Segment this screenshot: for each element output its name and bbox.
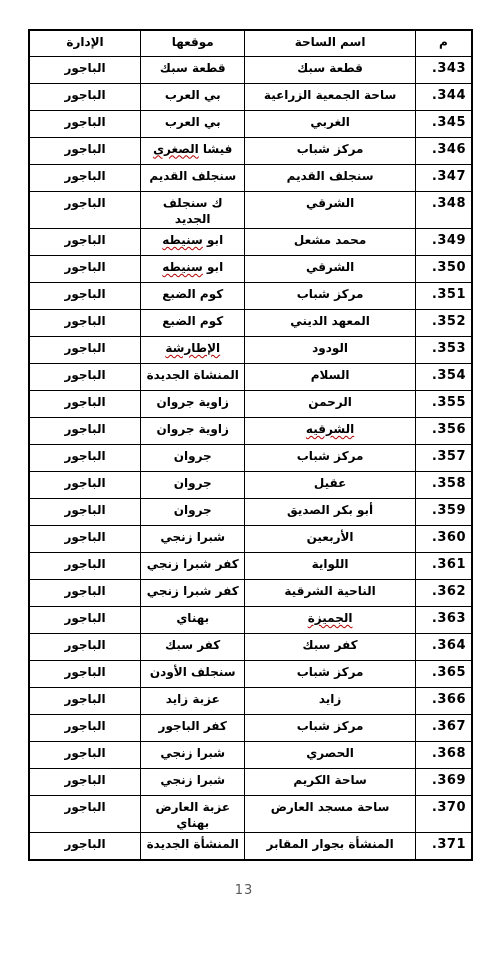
cell-num: .358: [415, 471, 472, 498]
cell-location: كفر شبرا زنجي: [141, 579, 245, 606]
table-row: .367 مركز شباب كفر الباجور الباجور: [29, 714, 472, 741]
table-row: .348 الشرقي ك سنجلف الجديد الباجور: [29, 191, 472, 228]
table-row: .353 الودود الإطارشة الباجور: [29, 336, 472, 363]
cell-num: .344: [415, 83, 472, 110]
cell-administration: الباجور: [29, 768, 141, 795]
header-location: موقعها: [141, 30, 245, 56]
cell-square-name: زايد: [245, 687, 415, 714]
cell-location: كوم الضبع: [141, 309, 245, 336]
cell-administration: الباجور: [29, 471, 141, 498]
table-row: .359 أبو بكر الصديق جروان الباجور: [29, 498, 472, 525]
cell-administration: الباجور: [29, 714, 141, 741]
misspelled-word: الصغرى: [153, 142, 199, 156]
cell-administration: الباجور: [29, 833, 141, 860]
cell-square-name: اللواية: [245, 552, 415, 579]
cell-num: .362: [415, 579, 472, 606]
cell-square-name: الغربي: [245, 110, 415, 137]
table-row: .363 الجميزة بهناي الباجور: [29, 606, 472, 633]
cell-administration: الباجور: [29, 137, 141, 164]
table-row: .369 ساحة الكريم شبرا زنجي الباجور: [29, 768, 472, 795]
cell-location: فيشا الصغرى: [141, 137, 245, 164]
cell-num: .365: [415, 660, 472, 687]
cell-num: .371: [415, 833, 472, 860]
table-row: .345 الغربي بي العرب الباجور: [29, 110, 472, 137]
cell-location: ابو سنيطه: [141, 255, 245, 282]
cell-administration: الباجور: [29, 444, 141, 471]
cell-location: سنجلف الأودن: [141, 660, 245, 687]
cell-administration: الباجور: [29, 363, 141, 390]
cell-location: شبرا زنجي: [141, 768, 245, 795]
cell-location: الإطارشة: [141, 336, 245, 363]
table-row: .344 ساحة الجمعية الزراعية بي العرب البا…: [29, 83, 472, 110]
table-row: .346 مركز شباب فيشا الصغرى الباجور: [29, 137, 472, 164]
cell-num: .348: [415, 191, 472, 228]
table-row: .354 السلام المنشاة الجديدة الباجور: [29, 363, 472, 390]
cell-square-name: الرحمن: [245, 390, 415, 417]
table-row: .349 محمد مشعل ابو سنيطه الباجور: [29, 228, 472, 255]
cell-square-name: مركز شباب: [245, 444, 415, 471]
cell-square-name: ساحة الكريم: [245, 768, 415, 795]
table-row: .350 الشرقي ابو سنيطه الباجور: [29, 255, 472, 282]
table-row: .358 عقيل جروان الباجور: [29, 471, 472, 498]
cell-administration: الباجور: [29, 336, 141, 363]
cell-location: ابو سنيطه: [141, 228, 245, 255]
table-row: .357 مركز شباب جروان الباجور: [29, 444, 472, 471]
cell-num: .349: [415, 228, 472, 255]
cell-square-name: قطعة سبك: [245, 56, 415, 83]
cell-square-name: الودود: [245, 336, 415, 363]
cell-location: بي العرب: [141, 110, 245, 137]
page-number: 13: [0, 883, 488, 898]
table-body: .343 قطعة سبك قطعة سبك الباجور .344 ساحة…: [29, 56, 472, 860]
header-row: م اسم الساحة موقعها الإدارة: [29, 30, 472, 56]
cell-square-name: سنجلف القديم: [245, 164, 415, 191]
cell-administration: الباجور: [29, 56, 141, 83]
cell-administration: الباجور: [29, 110, 141, 137]
cell-num: .345: [415, 110, 472, 137]
table-row: .355 الرحمن زاوية جروان الباجور: [29, 390, 472, 417]
cell-location: عزبة العارض بهناي: [141, 795, 245, 832]
misspelled-word: الشرقيه: [306, 422, 354, 436]
cell-num: .353: [415, 336, 472, 363]
cell-square-name: السلام: [245, 363, 415, 390]
cell-location: زاوية جروان: [141, 417, 245, 444]
misspelled-word: الجميزة: [308, 611, 353, 625]
document-page: م اسم الساحة موقعها الإدارة .343 قطعة سب…: [0, 0, 488, 960]
header-administration: الإدارة: [29, 30, 141, 56]
cell-square-name: الشرقي: [245, 191, 415, 228]
cell-location: المنشاة الجديدة: [141, 363, 245, 390]
cell-administration: الباجور: [29, 579, 141, 606]
cell-administration: الباجور: [29, 282, 141, 309]
cell-num: .366: [415, 687, 472, 714]
header-square-name: اسم الساحة: [245, 30, 415, 56]
cell-num: .347: [415, 164, 472, 191]
table-row: .361 اللواية كفر شبرا زنجي الباجور: [29, 552, 472, 579]
cell-administration: الباجور: [29, 309, 141, 336]
misspelled-word: سنيطه: [162, 233, 203, 247]
cell-square-name: مركز شباب: [245, 714, 415, 741]
cell-num: .350: [415, 255, 472, 282]
cell-num: .364: [415, 633, 472, 660]
cell-num: .355: [415, 390, 472, 417]
cell-location: جروان: [141, 471, 245, 498]
cell-num: .361: [415, 552, 472, 579]
cell-square-name: كفر سبك: [245, 633, 415, 660]
word: ابو: [203, 260, 223, 274]
cell-square-name: ساحة الجمعية الزراعية: [245, 83, 415, 110]
cell-square-name: الشرقيه: [245, 417, 415, 444]
cell-num: .346: [415, 137, 472, 164]
cell-location: المنشأة الجديدة: [141, 833, 245, 860]
table-row: .351 مركز شباب كوم الضبع الباجور: [29, 282, 472, 309]
cell-square-name: الحصري: [245, 741, 415, 768]
cell-location: جروان: [141, 444, 245, 471]
cell-square-name: مركز شباب: [245, 282, 415, 309]
cell-administration: الباجور: [29, 83, 141, 110]
cell-square-name: المنشأة بجوار المقابر: [245, 833, 415, 860]
cell-num: .351: [415, 282, 472, 309]
cell-num: .369: [415, 768, 472, 795]
cell-num: .356: [415, 417, 472, 444]
table-header: م اسم الساحة موقعها الإدارة: [29, 30, 472, 56]
cell-location: سنجلف القديم: [141, 164, 245, 191]
cell-administration: الباجور: [29, 795, 141, 832]
word: ابو: [203, 233, 223, 247]
cell-square-name: مركز شباب: [245, 137, 415, 164]
cell-administration: الباجور: [29, 390, 141, 417]
word: فيشا: [199, 142, 233, 156]
table-row: .365 مركز شباب سنجلف الأودن الباجور: [29, 660, 472, 687]
cell-square-name: الجميزة: [245, 606, 415, 633]
table-row: .362 الناحية الشرقية كفر شبرا زنجي الباج…: [29, 579, 472, 606]
table-row: .370 ساحة مسجد العارض عزبة العارض بهناي …: [29, 795, 472, 832]
cell-square-name: ساحة مسجد العارض: [245, 795, 415, 832]
cell-num: .343: [415, 56, 472, 83]
cell-location: كوم الضبع: [141, 282, 245, 309]
cell-num: .359: [415, 498, 472, 525]
cell-square-name: محمد مشعل: [245, 228, 415, 255]
cell-square-name: الناحية الشرقية: [245, 579, 415, 606]
cell-location: شبرا زنجي: [141, 525, 245, 552]
cell-location: شبرا زنجي: [141, 741, 245, 768]
cell-administration: الباجور: [29, 633, 141, 660]
cell-location: ك سنجلف الجديد: [141, 191, 245, 228]
cell-square-name: المعهد الديني: [245, 309, 415, 336]
cell-square-name: مركز شباب: [245, 660, 415, 687]
cell-administration: الباجور: [29, 498, 141, 525]
cell-administration: الباجور: [29, 687, 141, 714]
cell-num: .368: [415, 741, 472, 768]
cell-location: بي العرب: [141, 83, 245, 110]
cell-administration: الباجور: [29, 552, 141, 579]
squares-table: م اسم الساحة موقعها الإدارة .343 قطعة سب…: [28, 29, 473, 861]
cell-administration: الباجور: [29, 741, 141, 768]
cell-square-name: أبو بكر الصديق: [245, 498, 415, 525]
cell-location: بهناي: [141, 606, 245, 633]
cell-square-name: الأربعين: [245, 525, 415, 552]
table-row: .371 المنشأة بجوار المقابر المنشأة الجدي…: [29, 833, 472, 860]
cell-num: .367: [415, 714, 472, 741]
table-row: .352 المعهد الديني كوم الضبع الباجور: [29, 309, 472, 336]
cell-num: .360: [415, 525, 472, 552]
cell-administration: الباجور: [29, 255, 141, 282]
cell-location: كفر الباجور: [141, 714, 245, 741]
cell-location: كفر سبك: [141, 633, 245, 660]
cell-location: زاوية جروان: [141, 390, 245, 417]
cell-square-name: الشرقي: [245, 255, 415, 282]
table-row: .368 الحصري شبرا زنجي الباجور: [29, 741, 472, 768]
cell-location: قطعة سبك: [141, 56, 245, 83]
cell-num: .357: [415, 444, 472, 471]
table-row: .347 سنجلف القديم سنجلف القديم الباجور: [29, 164, 472, 191]
table-row: .366 زايد عزبة زايد الباجور: [29, 687, 472, 714]
cell-administration: الباجور: [29, 417, 141, 444]
cell-num: .352: [415, 309, 472, 336]
header-num: م: [415, 30, 472, 56]
cell-location: جروان: [141, 498, 245, 525]
cell-location: عزبة زايد: [141, 687, 245, 714]
cell-administration: الباجور: [29, 525, 141, 552]
cell-location: كفر شبرا زنجي: [141, 552, 245, 579]
cell-num: .370: [415, 795, 472, 832]
cell-num: .363: [415, 606, 472, 633]
table-row: .356 الشرقيه زاوية جروان الباجور: [29, 417, 472, 444]
table-row: .360 الأربعين شبرا زنجي الباجور: [29, 525, 472, 552]
cell-administration: الباجور: [29, 606, 141, 633]
misspelled-word: سنيطه: [162, 260, 203, 274]
cell-administration: الباجور: [29, 191, 141, 228]
cell-administration: الباجور: [29, 660, 141, 687]
cell-administration: الباجور: [29, 164, 141, 191]
table-row: .343 قطعة سبك قطعة سبك الباجور: [29, 56, 472, 83]
cell-administration: الباجور: [29, 228, 141, 255]
cell-num: .354: [415, 363, 472, 390]
table-row: .364 كفر سبك كفر سبك الباجور: [29, 633, 472, 660]
misspelled-word: الإطارشة: [165, 341, 220, 355]
cell-square-name: عقيل: [245, 471, 415, 498]
